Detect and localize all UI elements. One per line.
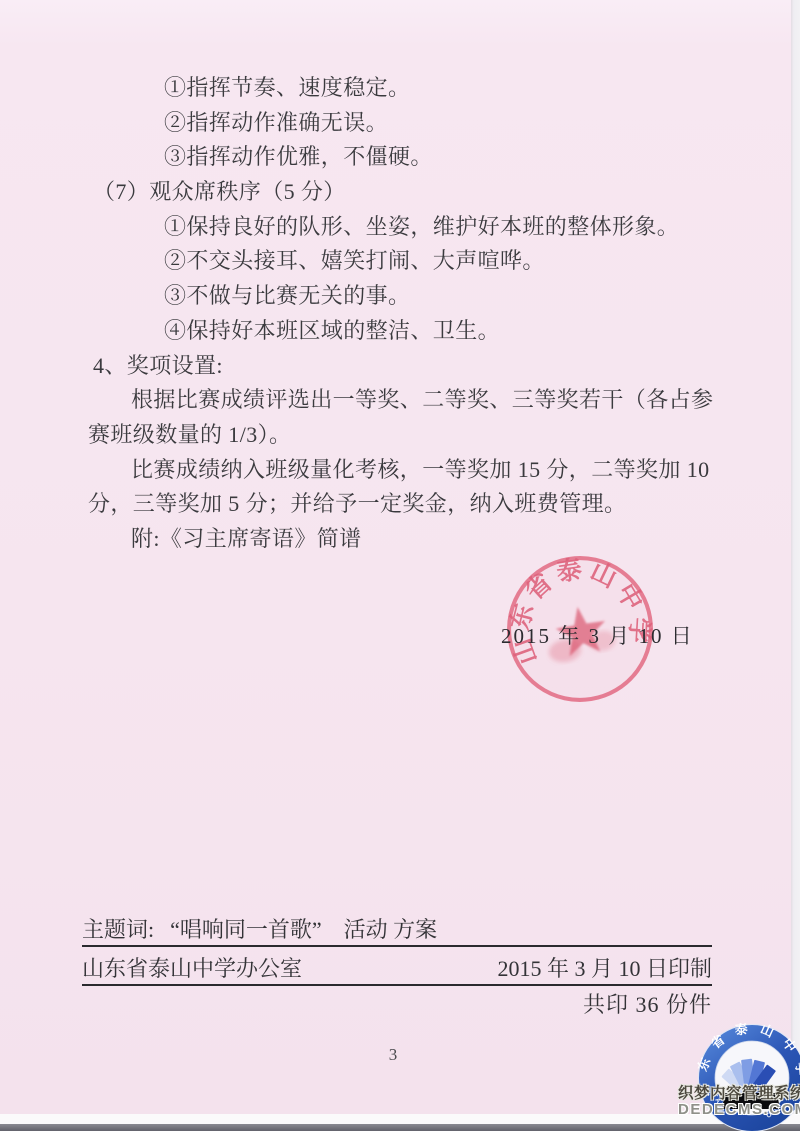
body-line: 附:《习主席寄语》简谱 (88, 522, 712, 557)
body-line: （7）观众席秩序（5 分） (88, 175, 712, 210)
scan-edge-bottom-dark (0, 1124, 800, 1131)
body-line: ②不交头接耳、嬉笑打闹、大声喧哗。 (88, 244, 712, 279)
body-line: 分，三等奖加 5 分；并给予一定奖金，纳入班费管理。 (88, 487, 712, 522)
body-line: ①指挥节奏、速度稳定。 (88, 71, 712, 106)
footer-office-row: 山东省泰山中学办公室 2015 年 3 月 10 日印制 (82, 955, 712, 986)
print-date: 2015 年 3 月 10 日印制 (497, 955, 712, 984)
page-number: 3 (0, 1045, 786, 1065)
body-line: ③不做与比赛无关的事。 (88, 279, 712, 314)
scanned-document-page: ①指挥节奏、速度稳定。 ②指挥动作准确无误。 ③指挥动作优雅，不僵硬。 （7）观… (0, 0, 800, 1131)
watermark-line1: 织梦内容管理系统 (678, 1086, 800, 1102)
watermark-line2: DEDECMS.COM (678, 1102, 800, 1118)
document-body: ①指挥节奏、速度稳定。 ②指挥动作准确无误。 ③指挥动作优雅，不僵硬。 （7）观… (88, 71, 712, 557)
watermark-cms: 织梦内容管理系统 DEDECMS.COM (678, 1086, 800, 1118)
body-line: ①保持良好的队形、坐姿，维护好本班的整体形象。 (88, 210, 712, 245)
body-line: 赛班级数量的 1/3）。 (88, 418, 712, 453)
body-line: 比赛成绩纳入班级量化考核，一等奖加 15 分，二等奖加 10 (88, 453, 712, 488)
subject-value: “唱响同一首歌” 活动 方案 (170, 917, 437, 942)
body-line: 根据比赛成绩评选出一等奖、二等奖、三等奖若干（各占参 (88, 383, 712, 418)
body-line: ③指挥动作优雅，不僵硬。 (88, 140, 712, 175)
scan-edge-right (791, 0, 800, 1131)
body-line: ④保持好本班区域的整洁、卫生。 (88, 314, 712, 349)
footer-subject-row: 主题词:“唱响同一首歌” 活动 方案 (82, 917, 712, 947)
body-line: 4、奖项设置: (88, 349, 712, 384)
issue-date: 2015 年 3 月 10 日 (501, 620, 694, 650)
subject-label: 主题词: (82, 917, 154, 942)
body-line: ②指挥动作准确无误。 (88, 106, 712, 141)
office-name: 山东省泰山中学办公室 (82, 955, 302, 984)
print-copies: 共印 36 份件 (82, 991, 718, 1019)
